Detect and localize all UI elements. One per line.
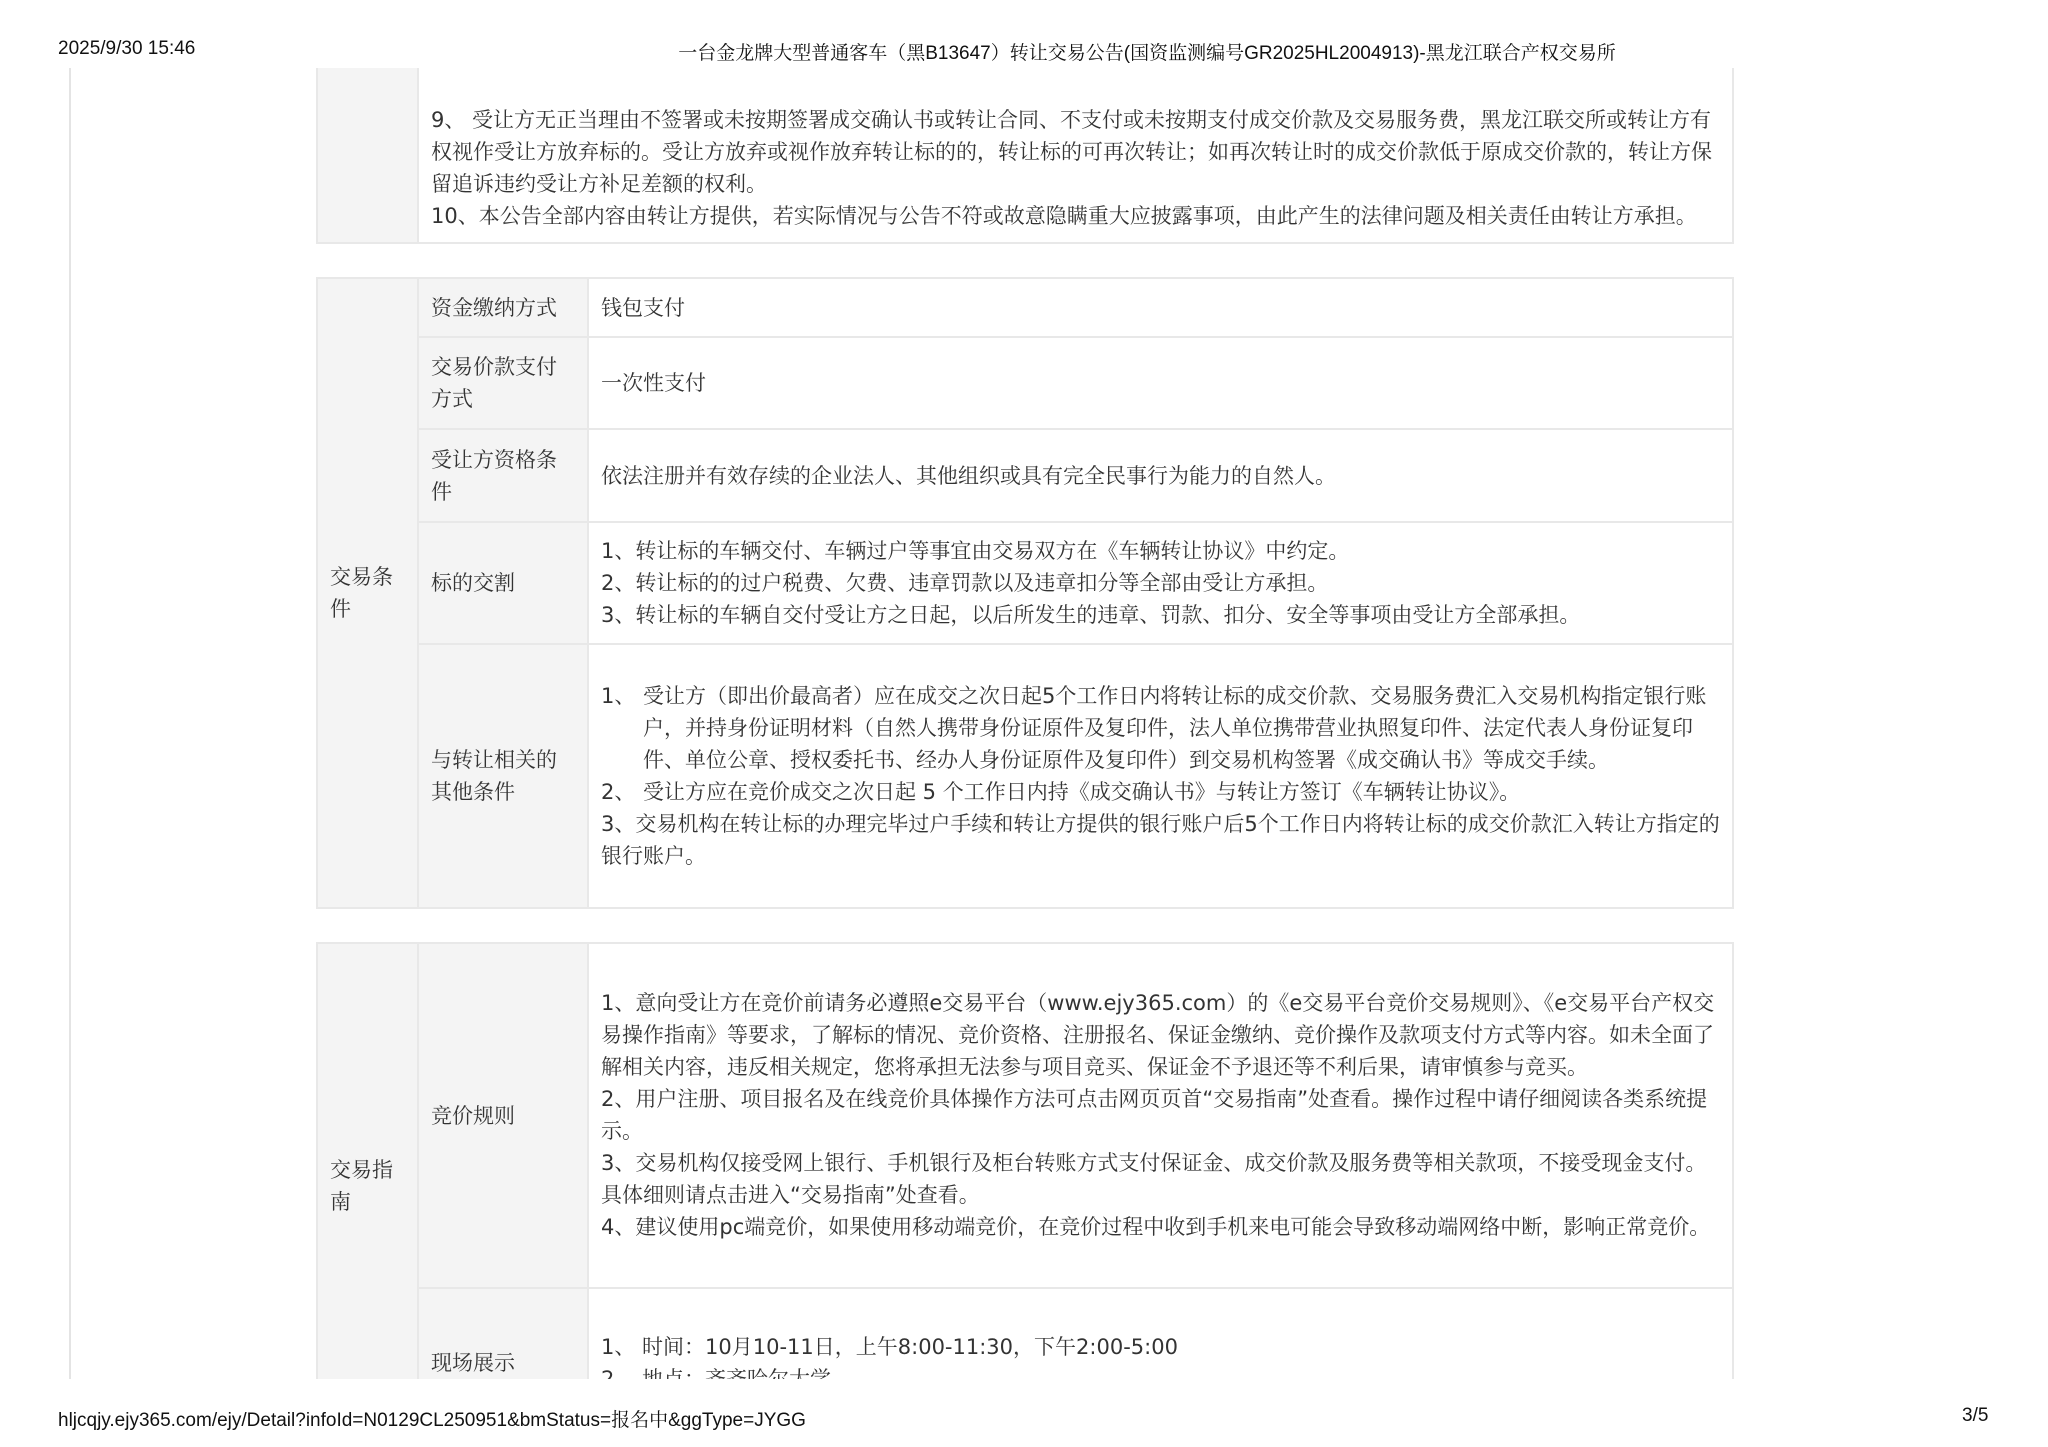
- other-condition-item-3: 3、交易机构在转让标的办理完毕过户手续和转让方提供的银行账户后5个工作日内将转让…: [601, 808, 1720, 872]
- bidding-rule-3: 3、交易机构仅接受网上银行、手机银行及柜台转账方式支付保证金、成交价款及服务费等…: [601, 1147, 1720, 1211]
- row-value: 1、转让标的车辆交付、车辆过户等事宜由交易双方在《车辆转让协议》中约定。 2、转…: [588, 522, 1733, 644]
- row-label: 标的交割: [418, 522, 588, 644]
- trade-guide-table: 交易指南 竞价规则 1、意向受让方在竞价前请务必遵照e交易平台（www.ejy3…: [316, 942, 1734, 1379]
- row-label: 资金缴纳方式: [418, 278, 588, 337]
- trade-conditions-table: 交易条件 资金缴纳方式 钱包支付 交易价款支付方式 一次性支付 受让方资格条件 …: [316, 277, 1734, 909]
- table-row: 受让方资格条件 依法注册并有效存续的企业法人、其他组织或具有完全民事行为能力的自…: [317, 429, 1733, 522]
- table-row: 交易指南 竞价规则 1、意向受让方在竞价前请务必遵照e交易平台（www.ejy3…: [317, 943, 1733, 1288]
- table-row: 标的交割 1、转让标的车辆交付、车辆过户等事宜由交易双方在《车辆转让协议》中约定…: [317, 522, 1733, 644]
- table-row: 交易价款支付方式 一次性支付: [317, 337, 1733, 429]
- row-label: 交易价款支付方式: [418, 337, 588, 429]
- table-row: 交易条件 资金缴纳方式 钱包支付: [317, 278, 1733, 337]
- page-content: 9、 受让方无正当理由不签署或未按期签署成交确认书或转让合同、不支付或未按期支付…: [0, 68, 2048, 1379]
- row-label: 现场展示: [418, 1288, 588, 1379]
- row-value: 钱包支付: [588, 278, 1733, 337]
- row-label: 竞价规则: [418, 943, 588, 1288]
- row-value: 1、 时间：10月10-11日，上午8:00-11:30，下午2:00-5:00…: [588, 1288, 1733, 1379]
- delivery-item-2: 2、转让标的的过户税费、欠费、违章罚款以及违章扣分等全部由受让方承担。: [601, 567, 1720, 599]
- group-label-trade-guide: 交易指南: [317, 943, 418, 1379]
- bidding-rule-2: 2、用户注册、项目报名及在线竞价具体操作方法可点击网页页首“交易指南”处查看。操…: [601, 1083, 1720, 1147]
- row-label: 受让方资格条件: [418, 429, 588, 522]
- delivery-item-1: 1、转让标的车辆交付、车辆过户等事宜由交易双方在《车辆转让协议》中约定。: [601, 535, 1720, 567]
- showcase-time: 1、 时间：10月10-11日，上午8:00-11:30，下午2:00-5:00: [601, 1331, 1720, 1363]
- delivery-item-3: 3、转让标的车辆自交付受让方之日起，以后所发生的违章、罚款、扣分、安全等事项由受…: [601, 599, 1720, 631]
- print-footer-url: hljcqjy.ejy365.com/ejy/Detail?infoId=N01…: [58, 1405, 806, 1432]
- print-header-title: 一台金龙牌大型普通客车（黑B13647）转让交易公告(国资监测编号GR2025H…: [0, 38, 2048, 65]
- table-row: 现场展示 1、 时间：10月10-11日，上午8:00-11:30，下午2:00…: [317, 1288, 1733, 1379]
- left-gutter-divider: [69, 68, 71, 1379]
- other-condition-item-2: 2、受让方应在竞价成交之次日起 5 个工作日内持《成交确认书》与转让方签订《车辆…: [601, 776, 1720, 808]
- group-label-trade-conditions: 交易条件: [317, 278, 418, 908]
- showcase-location: 2、 地点：齐齐哈尔大学: [601, 1363, 1720, 1379]
- notes-content-cell: 9、 受让方无正当理由不签署或未按期签署成交确认书或转让合同、不支付或未按期支付…: [418, 68, 1733, 243]
- notes-group-cell: [317, 68, 418, 243]
- notes-item-10: 10、本公告全部内容由转让方提供，若实际情况与公告不符或故意隐瞒重大应披露事项，…: [431, 200, 1720, 232]
- notes-item-9: 9、 受让方无正当理由不签署或未按期签署成交确认书或转让合同、不支付或未按期支付…: [431, 104, 1720, 200]
- row-value: 1、受让方（即出价最高者）应在成交之次日起5个工作日内将转让标的成交价款、交易服…: [588, 644, 1733, 908]
- row-value: 依法注册并有效存续的企业法人、其他组织或具有完全民事行为能力的自然人。: [588, 429, 1733, 522]
- other-condition-item-1: 1、受让方（即出价最高者）应在成交之次日起5个工作日内将转让标的成交价款、交易服…: [601, 680, 1720, 776]
- bidding-rule-4: 4、建议使用pc端竞价，如果使用移动端竞价，在竞价过程中收到手机来电可能会导致移…: [601, 1211, 1720, 1243]
- table-row: 与转让相关的其他条件 1、受让方（即出价最高者）应在成交之次日起5个工作日内将转…: [317, 644, 1733, 908]
- notes-row: 9、 受让方无正当理由不签署或未按期签署成交确认书或转让合同、不支付或未按期支付…: [317, 68, 1733, 243]
- notes-table: 9、 受让方无正当理由不签署或未按期签署成交确认书或转让合同、不支付或未按期支付…: [316, 68, 1734, 244]
- row-value: 一次性支付: [588, 337, 1733, 429]
- print-footer-page-number: 3/5: [1962, 1405, 1988, 1427]
- row-value: 1、意向受让方在竞价前请务必遵照e交易平台（www.ejy365.com）的《e…: [588, 943, 1733, 1288]
- row-label: 与转让相关的其他条件: [418, 644, 588, 908]
- bidding-rule-1: 1、意向受让方在竞价前请务必遵照e交易平台（www.ejy365.com）的《e…: [601, 987, 1720, 1083]
